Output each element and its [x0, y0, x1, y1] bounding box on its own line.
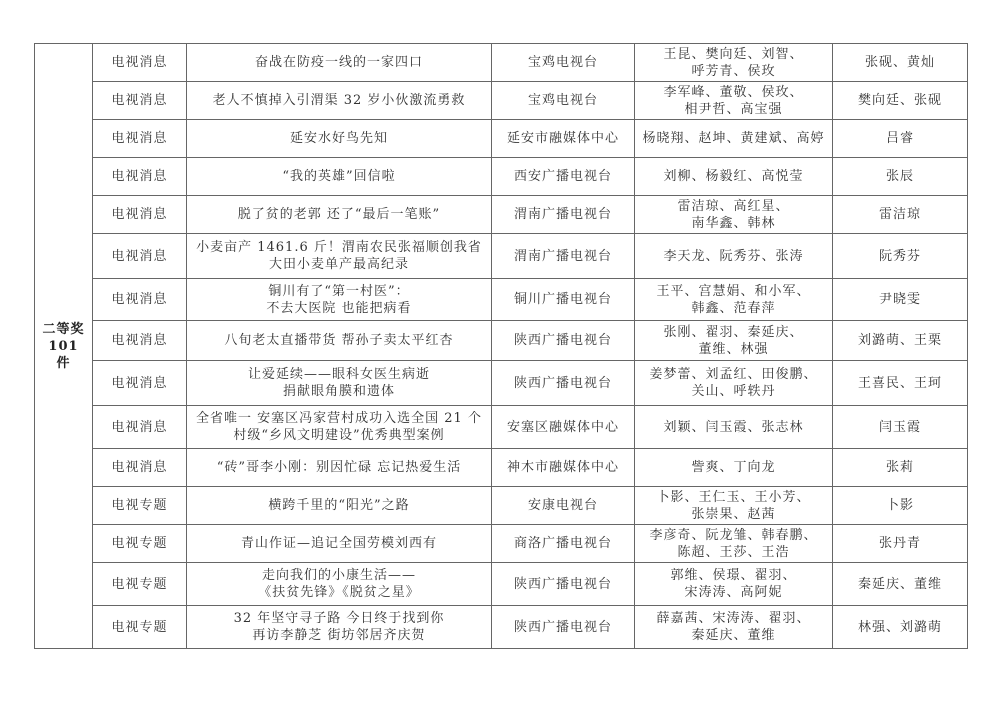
category-cell: 电视消息	[93, 234, 187, 279]
awards-table: 二等奖101 件电视消息奋战在防疫一线的一家四口宝鸡电视台王昆、樊向廷、刘智、呼…	[34, 43, 968, 649]
unit-cell: 安塞区融媒体中心	[492, 406, 635, 449]
editors-cell: 阮秀芬	[833, 234, 968, 279]
creators-cell: 杨晓翔、赵坤、黄建斌、高婷	[635, 120, 833, 158]
title-cell: “我的英雄”回信啦	[187, 158, 492, 196]
table-row: 电视消息让爱延续——眼科女医生病逝捐献眼角膜和遗体陕西广播电视台姜梦蕾、刘孟红、…	[35, 361, 968, 406]
unit-cell: 神木市融媒体中心	[492, 449, 635, 487]
creators-cell-line: 李军峰、董敬、侯玫、	[639, 84, 828, 101]
unit-cell: 陕西广播电视台	[492, 321, 635, 361]
title-cell: 横跨千里的“阳光”之路	[187, 487, 492, 525]
editors-cell: 闫玉霞	[833, 406, 968, 449]
creators-cell-line: 薛嘉茜、宋涛涛、翟羽、	[639, 610, 828, 627]
creators-cell: 刘颖、闫玉霞、张志林	[635, 406, 833, 449]
title-cell: 延安水好鸟先知	[187, 120, 492, 158]
table-row: 电视消息八旬老太直播带货 帮孙子卖太平红杏陕西广播电视台张刚、翟羽、秦延庆、董维…	[35, 321, 968, 361]
category-cell: 电视专题	[93, 487, 187, 525]
editors-cell: 林强、刘潞萌	[833, 606, 968, 649]
unit-cell: 安康电视台	[492, 487, 635, 525]
title-cell-line: 大田小麦单产最高纪录	[191, 256, 487, 273]
creators-cell-line: 姜梦蕾、刘孟红、田俊鹏、	[639, 366, 828, 383]
category-cell: 电视消息	[93, 279, 187, 321]
title-cell: 32 年坚守寻子路 今日终于找到你再访李静芝 街坊邻居齐庆贺	[187, 606, 492, 649]
editors-cell: 尹晓雯	[833, 279, 968, 321]
title-cell: 铜川有了“第一村医”：不去大医院 也能把病看	[187, 279, 492, 321]
unit-cell: 陕西广播电视台	[492, 361, 635, 406]
awards-table-body: 二等奖101 件电视消息奋战在防疫一线的一家四口宝鸡电视台王昆、樊向廷、刘智、呼…	[35, 44, 968, 649]
creators-cell-line: 张崇果、赵茜	[639, 506, 828, 523]
category-cell: 电视消息	[93, 361, 187, 406]
creators-cell: 李天龙、阮秀芬、张涛	[635, 234, 833, 279]
creators-cell-line: 王昆、樊向廷、刘智、	[639, 46, 828, 63]
title-cell: 奋战在防疫一线的一家四口	[187, 44, 492, 82]
creators-cell-line: 关山、呼轶丹	[639, 383, 828, 400]
creators-cell-line: 雷洁琼、高红星、	[639, 198, 828, 215]
title-cell-line: 小麦亩产 1461.6 斤！渭南农民张福顺创我省	[191, 239, 487, 256]
category-cell: 电视消息	[93, 196, 187, 234]
title-cell-line: 脱了贫的老郭 还了“最后一笔账”	[191, 206, 487, 223]
unit-cell: 宝鸡电视台	[492, 44, 635, 82]
creators-cell-line: 宋涛涛、高阿妮	[639, 584, 828, 601]
title-cell: “砖”哥李小刚：别因忙碌 忘记热爱生活	[187, 449, 492, 487]
title-cell-line: 八旬老太直播带货 帮孙子卖太平红杏	[191, 332, 487, 349]
title-cell: 青山作证—追记全国劳模刘西有	[187, 525, 492, 563]
title-cell-line: 奋战在防疫一线的一家四口	[191, 54, 487, 71]
editors-cell: 雷洁琼	[833, 196, 968, 234]
table-row: 电视专题走向我们的小康生活——《扶贫先锋》《脱贫之星》陕西广播电视台郭维、侯璟、…	[35, 563, 968, 606]
editors-cell: 张辰	[833, 158, 968, 196]
title-cell: 老人不慎掉入引渭渠 32 岁小伙激流勇救	[187, 82, 492, 120]
editors-cell: 吕睿	[833, 120, 968, 158]
title-cell-line: 老人不慎掉入引渭渠 32 岁小伙激流勇救	[191, 92, 487, 109]
unit-cell: 延安市融媒体中心	[492, 120, 635, 158]
creators-cell-line: 相尹哲、高宝强	[639, 101, 828, 118]
title-cell-line: 再访李静芝 街坊邻居齐庆贺	[191, 627, 487, 644]
unit-cell: 铜川广播电视台	[492, 279, 635, 321]
creators-cell-line: 秦延庆、董维	[639, 627, 828, 644]
title-cell: 全省唯一 安塞区冯家营村成功入选全国 21 个村级“乡风文明建设”优秀典型案例	[187, 406, 492, 449]
creators-cell: 张刚、翟羽、秦延庆、董维、林强	[635, 321, 833, 361]
table-row: 电视专题横跨千里的“阳光”之路安康电视台卜影、王仁玉、王小芳、张崇果、赵茜卜影	[35, 487, 968, 525]
creators-cell: 刘柳、杨毅红、高悦莹	[635, 158, 833, 196]
creators-cell: 卜影、王仁玉、王小芳、张崇果、赵茜	[635, 487, 833, 525]
unit-cell: 宝鸡电视台	[492, 82, 635, 120]
table-row: 二等奖101 件电视消息奋战在防疫一线的一家四口宝鸡电视台王昆、樊向廷、刘智、呼…	[35, 44, 968, 82]
category-cell: 电视消息	[93, 158, 187, 196]
editors-cell: 秦延庆、董维	[833, 563, 968, 606]
title-cell-line: “砖”哥李小刚：别因忙碌 忘记热爱生活	[191, 459, 487, 476]
category-cell: 电视专题	[93, 525, 187, 563]
creators-cell: 雷洁琼、高红星、南华鑫、韩林	[635, 196, 833, 234]
editors-cell: 刘潞萌、王栗	[833, 321, 968, 361]
category-cell: 电视专题	[93, 606, 187, 649]
title-cell-line: 铜川有了“第一村医”：	[191, 283, 487, 300]
unit-cell: 渭南广播电视台	[492, 234, 635, 279]
category-cell: 电视消息	[93, 406, 187, 449]
unit-cell: 渭南广播电视台	[492, 196, 635, 234]
creators-cell-line: 刘颖、闫玉霞、张志林	[639, 419, 828, 436]
creators-cell-line: 韩鑫、范春萍	[639, 300, 828, 317]
table-row: 电视消息全省唯一 安塞区冯家营村成功入选全国 21 个村级“乡风文明建设”优秀典…	[35, 406, 968, 449]
creators-cell-line: 南华鑫、韩林	[639, 215, 828, 232]
title-cell: 让爱延续——眼科女医生病逝捐献眼角膜和遗体	[187, 361, 492, 406]
editors-cell: 王喜民、王珂	[833, 361, 968, 406]
creators-cell-line: 李彦奇、阮龙雏、韩春鹏、	[639, 527, 828, 544]
title-cell-line: 捐献眼角膜和遗体	[191, 383, 487, 400]
creators-cell: 姜梦蕾、刘孟红、田俊鹏、关山、呼轶丹	[635, 361, 833, 406]
award-grade-line1: 二等奖	[39, 321, 88, 338]
table-row: 电视消息“我的英雄”回信啦西安广播电视台刘柳、杨毅红、高悦莹张辰	[35, 158, 968, 196]
award-grade-line2: 101 件	[39, 338, 88, 372]
category-cell: 电视消息	[93, 44, 187, 82]
creators-cell: 李军峰、董敬、侯玫、相尹哲、高宝强	[635, 82, 833, 120]
editors-cell: 樊向廷、张砚	[833, 82, 968, 120]
creators-cell-line: 卜影、王仁玉、王小芳、	[639, 489, 828, 506]
creators-cell-line: 訾爽、丁向龙	[639, 459, 828, 476]
editors-cell: 张砚、黄灿	[833, 44, 968, 82]
title-cell-line: 让爱延续——眼科女医生病逝	[191, 366, 487, 383]
title-cell-line: 青山作证—追记全国劳模刘西有	[191, 535, 487, 552]
table-row: 电视消息铜川有了“第一村医”：不去大医院 也能把病看铜川广播电视台王平、宫慧娟、…	[35, 279, 968, 321]
category-cell: 电视消息	[93, 449, 187, 487]
category-cell: 电视专题	[93, 563, 187, 606]
editors-cell: 卜影	[833, 487, 968, 525]
creators-cell: 王昆、樊向廷、刘智、呼芳青、侯玫	[635, 44, 833, 82]
creators-cell-line: 杨晓翔、赵坤、黄建斌、高婷	[639, 130, 828, 147]
title-cell: 走向我们的小康生活——《扶贫先锋》《脱贫之星》	[187, 563, 492, 606]
category-cell: 电视消息	[93, 321, 187, 361]
title-cell-line: 延安水好鸟先知	[191, 130, 487, 147]
title-cell-line: 《扶贫先锋》《脱贫之星》	[191, 584, 487, 601]
creators-cell-line: 刘柳、杨毅红、高悦莹	[639, 168, 828, 185]
table-row: 电视消息老人不慎掉入引渭渠 32 岁小伙激流勇救宝鸡电视台李军峰、董敬、侯玫、相…	[35, 82, 968, 120]
editors-cell: 张莉	[833, 449, 968, 487]
unit-cell: 商洛广播电视台	[492, 525, 635, 563]
title-cell-line: 村级“乡风文明建设”优秀典型案例	[191, 427, 487, 444]
title-cell: 脱了贫的老郭 还了“最后一笔账”	[187, 196, 492, 234]
category-cell: 电视消息	[93, 120, 187, 158]
creators-cell-line: 张刚、翟羽、秦延庆、	[639, 324, 828, 341]
category-cell: 电视消息	[93, 82, 187, 120]
title-cell-line: 全省唯一 安塞区冯家营村成功入选全国 21 个	[191, 410, 487, 427]
unit-cell: 陕西广播电视台	[492, 563, 635, 606]
creators-cell: 訾爽、丁向龙	[635, 449, 833, 487]
table-row: 电视专题32 年坚守寻子路 今日终于找到你再访李静芝 街坊邻居齐庆贺陕西广播电视…	[35, 606, 968, 649]
unit-cell: 西安广播电视台	[492, 158, 635, 196]
creators-cell-line: 陈超、王莎、王浩	[639, 544, 828, 561]
creators-cell: 王平、宫慧娟、和小军、韩鑫、范春萍	[635, 279, 833, 321]
table-row: 电视消息“砖”哥李小刚：别因忙碌 忘记热爱生活神木市融媒体中心訾爽、丁向龙张莉	[35, 449, 968, 487]
title-cell-line: 不去大医院 也能把病看	[191, 300, 487, 317]
table-row: 电视消息脱了贫的老郭 还了“最后一笔账”渭南广播电视台雷洁琼、高红星、南华鑫、韩…	[35, 196, 968, 234]
title-cell-line: 横跨千里的“阳光”之路	[191, 497, 487, 514]
table-row: 电视消息小麦亩产 1461.6 斤！渭南农民张福顺创我省大田小麦单产最高纪录渭南…	[35, 234, 968, 279]
creators-cell-line: 董维、林强	[639, 341, 828, 358]
editors-cell: 张丹青	[833, 525, 968, 563]
creators-cell-line: 王平、宫慧娟、和小军、	[639, 283, 828, 300]
creators-cell: 薛嘉茜、宋涛涛、翟羽、秦延庆、董维	[635, 606, 833, 649]
creators-cell: 郭维、侯璟、翟羽、宋涛涛、高阿妮	[635, 563, 833, 606]
award-grade-cell: 二等奖101 件	[35, 44, 93, 649]
title-cell-line: 32 年坚守寻子路 今日终于找到你	[191, 610, 487, 627]
title-cell-line: “我的英雄”回信啦	[191, 168, 487, 185]
creators-cell-line: 郭维、侯璟、翟羽、	[639, 567, 828, 584]
table-row: 电视消息延安水好鸟先知延安市融媒体中心杨晓翔、赵坤、黄建斌、高婷吕睿	[35, 120, 968, 158]
title-cell-line: 走向我们的小康生活——	[191, 567, 487, 584]
unit-cell: 陕西广播电视台	[492, 606, 635, 649]
creators-cell-line: 呼芳青、侯玫	[639, 63, 828, 80]
creators-cell-line: 李天龙、阮秀芬、张涛	[639, 248, 828, 265]
title-cell: 小麦亩产 1461.6 斤！渭南农民张福顺创我省大田小麦单产最高纪录	[187, 234, 492, 279]
title-cell: 八旬老太直播带货 帮孙子卖太平红杏	[187, 321, 492, 361]
table-row: 电视专题青山作证—追记全国劳模刘西有商洛广播电视台李彦奇、阮龙雏、韩春鹏、陈超、…	[35, 525, 968, 563]
creators-cell: 李彦奇、阮龙雏、韩春鹏、陈超、王莎、王浩	[635, 525, 833, 563]
